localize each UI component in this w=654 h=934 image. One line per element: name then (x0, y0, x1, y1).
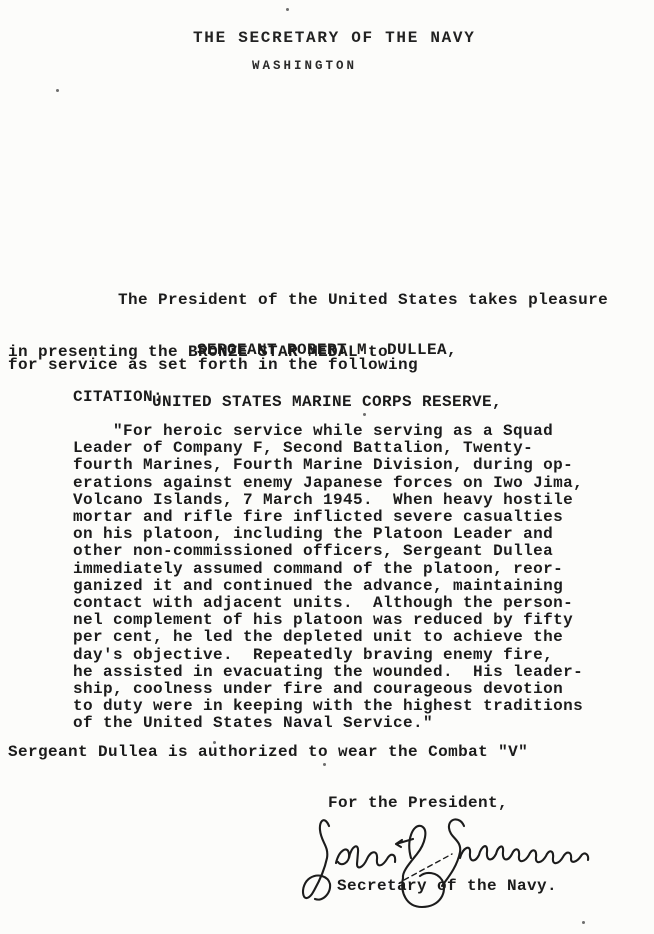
citation-line: he assisted in evacuating the wounded. H… (73, 664, 613, 681)
scan-speck (323, 763, 326, 766)
citation-line: ganized it and continued the advance, ma… (73, 578, 613, 595)
letter-page: THE SECRETARY OF THE NAVY WASHINGTON The… (0, 0, 654, 934)
citation-line: ship, coolness under fire and courageous… (73, 681, 613, 698)
citation-block: "For heroic service while serving as a S… (73, 423, 613, 733)
citation-line: nel complement of his platoon was reduce… (73, 612, 613, 629)
citation-line: per cent, he led the depleted unit to ac… (73, 629, 613, 646)
scan-speck (56, 89, 59, 92)
citation-line: other non-commissioned officers, Sergean… (73, 543, 613, 560)
letterhead-subtitle: WASHINGTON (252, 59, 357, 73)
citation-line: day's objective. Repeatedly braving enem… (73, 647, 613, 664)
citation-line: on his platoon, including the Platoon Le… (73, 526, 613, 543)
citation-line: fourth Marines, Fourth Marine Division, … (73, 457, 613, 474)
citation-line: erations against enemy Japanese forces o… (73, 475, 613, 492)
scan-speck (286, 8, 289, 11)
citation-heading: CITATION: (73, 389, 163, 406)
citation-line: "For heroic service while serving as a S… (73, 423, 613, 440)
for-the-president-line: For the President, (328, 795, 508, 812)
scan-speck (582, 921, 585, 924)
citation-line: mortar and rifle fire inflicted severe c… (73, 509, 613, 526)
letterhead-title: THE SECRETARY OF THE NAVY (193, 29, 476, 47)
citation-line: to duty were in keeping with the highest… (73, 698, 613, 715)
citation-line: immediately assumed command of the plato… (73, 561, 613, 578)
combat-v-line: Sergeant Dullea is authorized to wear th… (8, 744, 528, 761)
citation-line: Leader of Company F, Second Battalion, T… (73, 440, 613, 457)
preamble-line: for service as set forth in the followin… (8, 357, 418, 374)
scan-speck (363, 413, 366, 416)
citation-line: Volcano Islands, 7 March 1945. When heav… (73, 492, 613, 509)
citation-line: contact with adjacent units. Although th… (73, 595, 613, 612)
scan-speck (213, 741, 216, 744)
citation-line: of the United States Naval Service." (73, 715, 613, 732)
signature-john-l-sullivan (296, 814, 598, 922)
